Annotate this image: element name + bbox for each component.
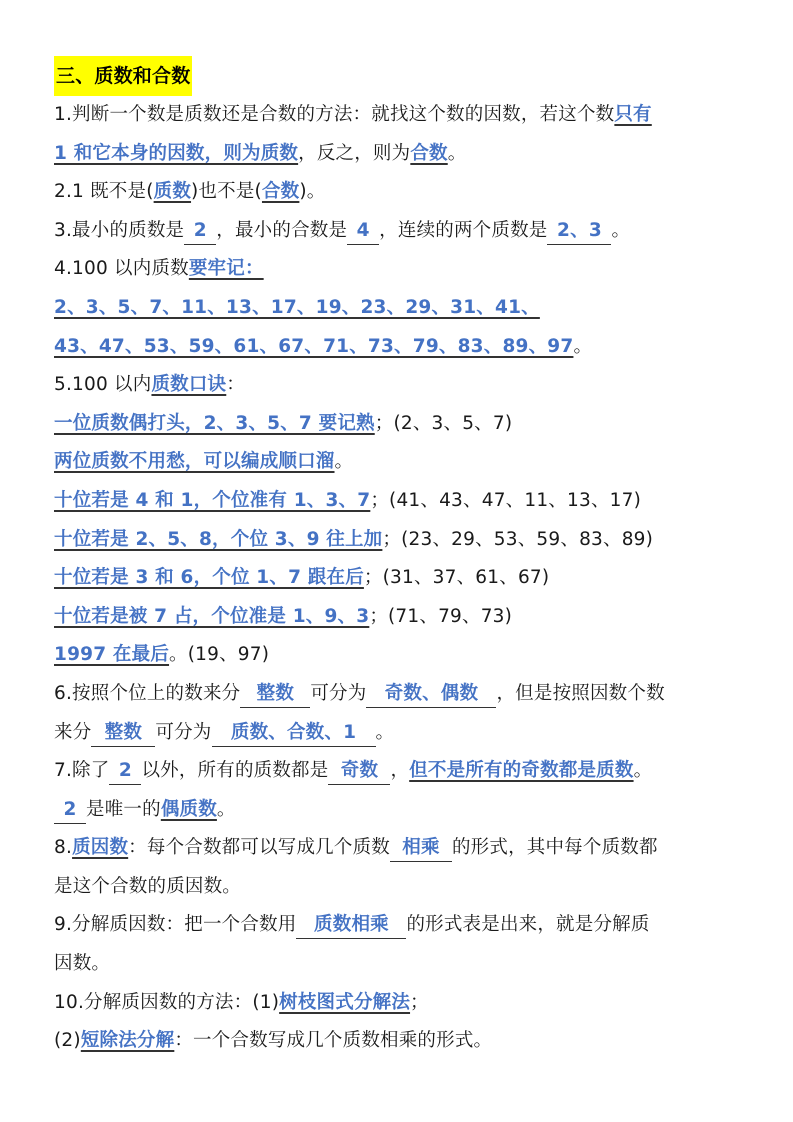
rhyme-line: 1997 在最后。(19、97) (54, 636, 744, 675)
answer-blank: 奇数、偶数 (366, 681, 496, 708)
answer: 质数口诀 (151, 374, 226, 395)
separator: 。 (169, 644, 188, 665)
rhyme: 1997 在最后 (54, 644, 169, 665)
text: 5.100 以内 (54, 374, 151, 395)
prime-list-line-1: 2、3、5、7、11、13、17、19、23、29、31、41、 (54, 289, 744, 328)
separator: ； (364, 567, 383, 588)
section-heading-line: 三、质数和合数 (54, 56, 744, 96)
answer: 质数 (154, 181, 191, 202)
text: 10.分解质因数的方法：(1) (54, 992, 279, 1013)
section-title: 三、质数和合数 (54, 56, 192, 96)
text: ：一个合数写成几个质数相乘的形式。 (174, 1030, 492, 1051)
rhyme-line: 十位若是 3 和 6，个位 1、7 跟在后；(31、37、61、67) (54, 559, 744, 598)
answer-blank: 2 (54, 797, 86, 824)
answer: 合数 (410, 143, 447, 164)
answer: 短除法分解 (81, 1030, 175, 1051)
item-6-line-2: 来分整数可分为质数、合数、1。 (54, 714, 744, 753)
text: ； (410, 992, 429, 1013)
text: 来分 (54, 722, 91, 743)
item-7-line-2: 2是唯一的偶质数。 (54, 791, 744, 830)
rhyme: 十位若是 3 和 6，个位 1、7 跟在后 (54, 567, 364, 588)
rhyme-line: 十位若是 4 和 1，个位准有 1、3、7；(41、43、47、11、13、17… (54, 482, 744, 521)
item-10-line-2: (2)短除法分解：一个合数写成几个质数相乘的形式。 (54, 1022, 744, 1061)
text: 因数。 (54, 953, 110, 974)
separator: ； (375, 413, 394, 434)
item-6-line-1: 6.按照个位上的数来分整数可分为奇数、偶数，但是按照因数个数 (54, 675, 744, 714)
text: ，反之，则为 (298, 143, 410, 164)
rhyme: 十位若是被 7 占，个位准是 1、9、3 (54, 606, 369, 627)
text: 3.最小的质数是 (54, 220, 184, 241)
text: 的形式表是出来，就是分解质 (406, 914, 649, 935)
item-10-line-1: 10.分解质因数的方法：(1)树枝图式分解法； (54, 984, 744, 1023)
prime-list-line-2: 43、47、53、59、61、67、71、73、79、83、89、97。 (54, 328, 744, 367)
rhyme-note: (41、43、47、11、13、17) (389, 490, 641, 511)
answer: 只有 (614, 104, 651, 125)
answer-blank: 质数相乘 (296, 912, 406, 939)
text: 。 (573, 336, 592, 357)
item-8-line-2: 是这个合数的质因数。 (54, 868, 744, 907)
text: 。 (376, 722, 395, 743)
text: 4.100 以内质数 (54, 258, 189, 279)
rhyme-note: (71、79、73) (388, 606, 512, 627)
answer: 偶质数 (161, 799, 217, 820)
text: ，但是按照因数个数 (496, 683, 664, 704)
answer: 1 和它本身的因数，则为质数 (54, 143, 298, 164)
text: 8. (54, 837, 72, 858)
rhyme: 十位若是 4 和 1，个位准有 1、3、7 (54, 490, 370, 511)
item-1-line-1: 1.判断一个数是质数还是合数的方法：就找这个数的因数，若这个数只有 (54, 96, 744, 135)
answer: 要牢记： (189, 258, 264, 279)
document-page: 三、质数和合数 1.判断一个数是质数还是合数的方法：就找这个数的因数，若这个数只… (54, 56, 744, 1061)
item-9-line-1: 9.分解质因数：把一个合数用质数相乘的形式表是出来，就是分解质 (54, 906, 744, 945)
item-2: 2.1 既不是(质数)也不是(合数)。 (54, 173, 744, 212)
answer-blank: 整数 (240, 681, 310, 708)
text: 1.判断一个数是质数还是合数的方法：就找这个数的因数，若这个数 (54, 104, 614, 125)
text: 。 (634, 760, 653, 781)
text: 是唯一的 (86, 799, 161, 820)
separator: ； (369, 606, 388, 627)
text: 6.按照个位上的数来分 (54, 683, 240, 704)
text: 。 (448, 143, 467, 164)
item-9-line-2: 因数。 (54, 945, 744, 984)
text: 2.1 既不是( (54, 181, 154, 202)
item-1-line-2: 1 和它本身的因数，则为质数，反之，则为合数。 (54, 135, 744, 174)
rhyme-line: 十位若是 2、5、8，个位 3、9 往上加；(23、29、53、59、83、89… (54, 521, 744, 560)
text: ， (390, 760, 409, 781)
rhyme: 十位若是 2、5、8，个位 3、9 往上加 (54, 529, 382, 550)
item-8-line-1: 8.质因数：每个合数都可以写成几个质数相乘的形式，其中每个质数都 (54, 829, 744, 868)
text: (2) (54, 1030, 81, 1051)
answer-blank: 相乘 (390, 835, 452, 862)
rhyme: 一位质数偶打头，2、3、5、7 要记熟 (54, 413, 375, 434)
item-5: 5.100 以内质数口诀： (54, 366, 744, 405)
text: 。 (611, 220, 630, 241)
item-3: 3.最小的质数是2，最小的合数是4，连续的两个质数是2、3。 (54, 212, 744, 251)
text: 的形式，其中每个质数都 (452, 837, 658, 858)
rhyme: 两位质数不用愁，可以编成顺口溜 (54, 451, 335, 472)
text: 。 (217, 799, 236, 820)
prime-list: 2、3、5、7、11、13、17、19、23、29、31、41、 (54, 297, 540, 318)
answer-blank: 质数、合数、1 (212, 720, 376, 747)
prime-list: 43、47、53、59、61、67、71、73、79、83、89、97 (54, 336, 573, 357)
item-4: 4.100 以内质数要牢记： (54, 250, 744, 289)
text: 可分为 (155, 722, 211, 743)
answer-blank: 2 (184, 218, 216, 245)
answer-blank: 整数 (91, 720, 155, 747)
answer-blank: 4 (347, 218, 379, 245)
rhyme-note: (2、3、5、7) (393, 413, 512, 434)
item-7-line-1: 7.除了2以外，所有的质数都是奇数，但不是所有的奇数都是质数。 (54, 752, 744, 791)
text: 是这个合数的质因数。 (54, 876, 241, 897)
rhyme-line: 两位质数不用愁，可以编成顺口溜。 (54, 443, 744, 482)
answer-blank: 奇数 (328, 758, 390, 785)
text: ： (226, 374, 245, 395)
text: 以外，所有的质数都是 (141, 760, 328, 781)
text: ，最小的合数是 (216, 220, 347, 241)
separator: ； (370, 490, 389, 511)
rhyme-note: (23、29、53、59、83、89) (401, 529, 653, 550)
text: ：每个合数都可以写成几个质数 (128, 837, 390, 858)
answer: 但不是所有的奇数都是质数 (409, 760, 633, 781)
text: 可分为 (310, 683, 366, 704)
separator: ； (382, 529, 401, 550)
rhyme-note: (19、97) (188, 644, 269, 665)
answer: 树枝图式分解法 (279, 992, 410, 1013)
answer: 合数 (262, 181, 299, 202)
text: 9.分解质因数：把一个合数用 (54, 914, 296, 935)
answer-blank: 2 (109, 758, 141, 785)
answer-blank: 2、3 (547, 218, 611, 245)
text: )。 (299, 181, 325, 202)
rhyme-line: 十位若是被 7 占，个位准是 1、9、3；(71、79、73) (54, 598, 744, 637)
rhyme-note: (31、37、61、67) (383, 567, 550, 588)
rhyme-line: 一位质数偶打头，2、3、5、7 要记熟；(2、3、5、7) (54, 405, 744, 444)
text: )也不是( (191, 181, 262, 202)
separator: 。 (335, 451, 354, 472)
text: 7.除了 (54, 760, 109, 781)
answer: 质因数 (72, 837, 128, 858)
text: ，连续的两个质数是 (379, 220, 547, 241)
